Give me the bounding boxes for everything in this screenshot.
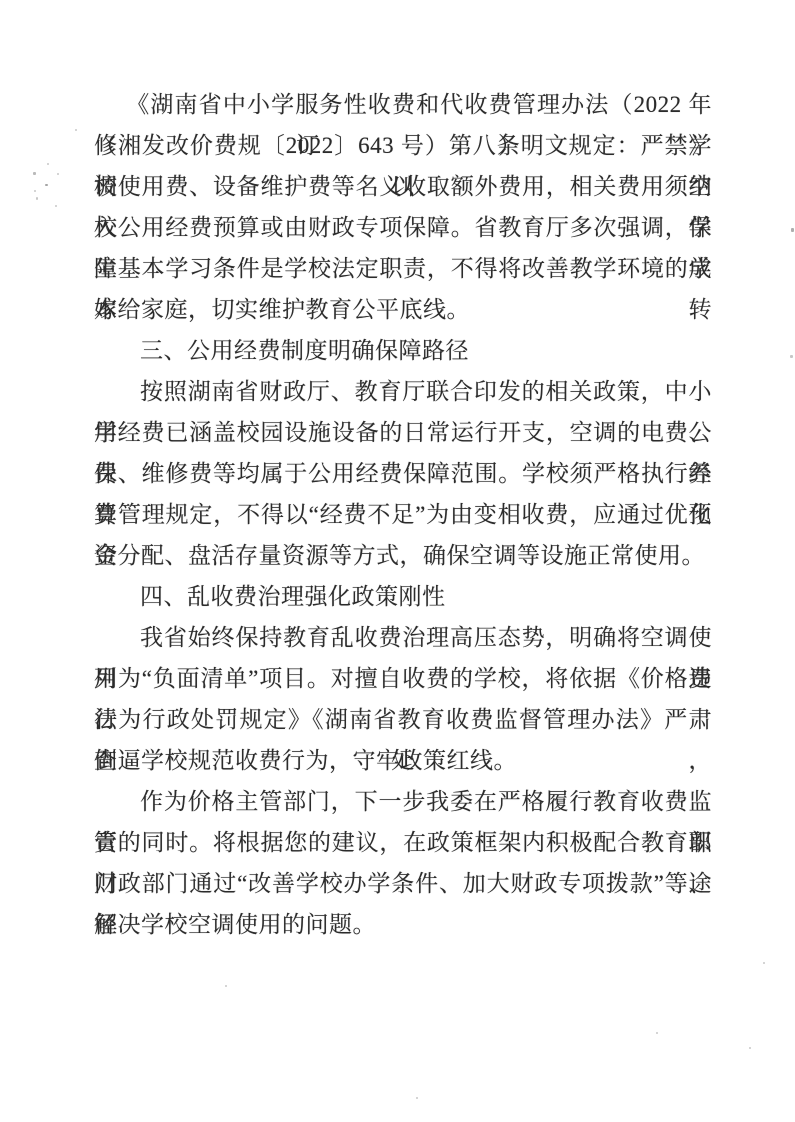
text-line: 作为价格主管部门，下一步我委在严格履行教育收费监管职: [94, 781, 712, 822]
scan-noise-speck: [763, 962, 765, 964]
scan-noise-speck: [55, 205, 57, 207]
text-line: 按照湖南省财政厅、教育厅联合印发的相关政策，中小学公: [94, 371, 712, 412]
text-line: 金分配、盘活存量资源等方式，确保空调等设施正常使用。: [94, 535, 712, 576]
text-line: 费、维修费等均属于公用经费保障范围。学校须严格执行经费预: [94, 453, 712, 494]
scan-noise-speck: [416, 1097, 418, 1099]
text-line: 财政部门通过“改善学校办学条件、加大财政专项拨款”等途径: [94, 863, 712, 904]
document-body: 《湖南省中小学服务性收费和代收费管理办法（2022 年修订）》（湘发改价费规〔2…: [94, 84, 712, 945]
scan-noise-speck: [656, 1032, 658, 1034]
text-line: 列为“负面清单”项目。对擅自收费的学校，将依据《价格违法: [94, 658, 712, 699]
scanned-document-page: 《湖南省中小学服务性收费和代收费管理办法（2022 年修订）》（湘发改价费规〔2…: [0, 0, 795, 1122]
text-line: 四、乱收费治理强化政策刚性: [94, 576, 712, 617]
text-line: （湘发改价费规〔2022〕643 号）第八条明文规定：严禁学校以空: [94, 125, 712, 166]
text-line: 《湖南省中小学服务性收费和代收费管理办法（2022 年修订）》: [94, 84, 712, 125]
text-line: 生基本学习条件是学校法定职责，不得将改善教学环境的成本转: [94, 248, 712, 289]
scan-noise-speck: [791, 228, 794, 232]
text-line: 三、公用经费制度明确保障路径: [94, 330, 712, 371]
text-line: 我省始终保持教育乱收费治理高压态势，明确将空调使用费: [94, 617, 712, 658]
text-line: 用经费已涵盖校园设施设备的日常运行开支，空调的电费、保养: [94, 412, 712, 453]
scan-noise-speck: [749, 1047, 751, 1049]
text-line: 解决学校空调使用的问题。: [94, 904, 712, 945]
scan-noise-speck: [47, 163, 49, 165]
scan-noise-speck: [45, 184, 48, 186]
scan-noise-speck: [790, 355, 793, 358]
text-line: 行为行政处罚规定》《湖南省教育收费监督管理办法》严肃查处，: [94, 699, 712, 740]
scan-noise-speck: [33, 172, 36, 175]
text-line: 校公用经费预算或由财政专项保障。省教育厅多次强调，保障学: [94, 207, 712, 248]
scan-noise-speck: [75, 129, 77, 131]
text-line: 责的同时。将根据您的建议，在政策框架内积极配合教育部门、: [94, 822, 712, 863]
text-line: 调使用费、设备维护费等名义收取额外费用，相关费用须纳入学: [94, 166, 712, 207]
scan-noise-speck: [34, 190, 36, 192]
scan-noise-speck: [57, 173, 59, 175]
scan-noise-speck: [225, 985, 227, 987]
text-line: 算管理规定，不得以“经费不足”为由变相收费，应通过优化资: [94, 494, 712, 535]
scan-noise-speck: [36, 197, 38, 200]
